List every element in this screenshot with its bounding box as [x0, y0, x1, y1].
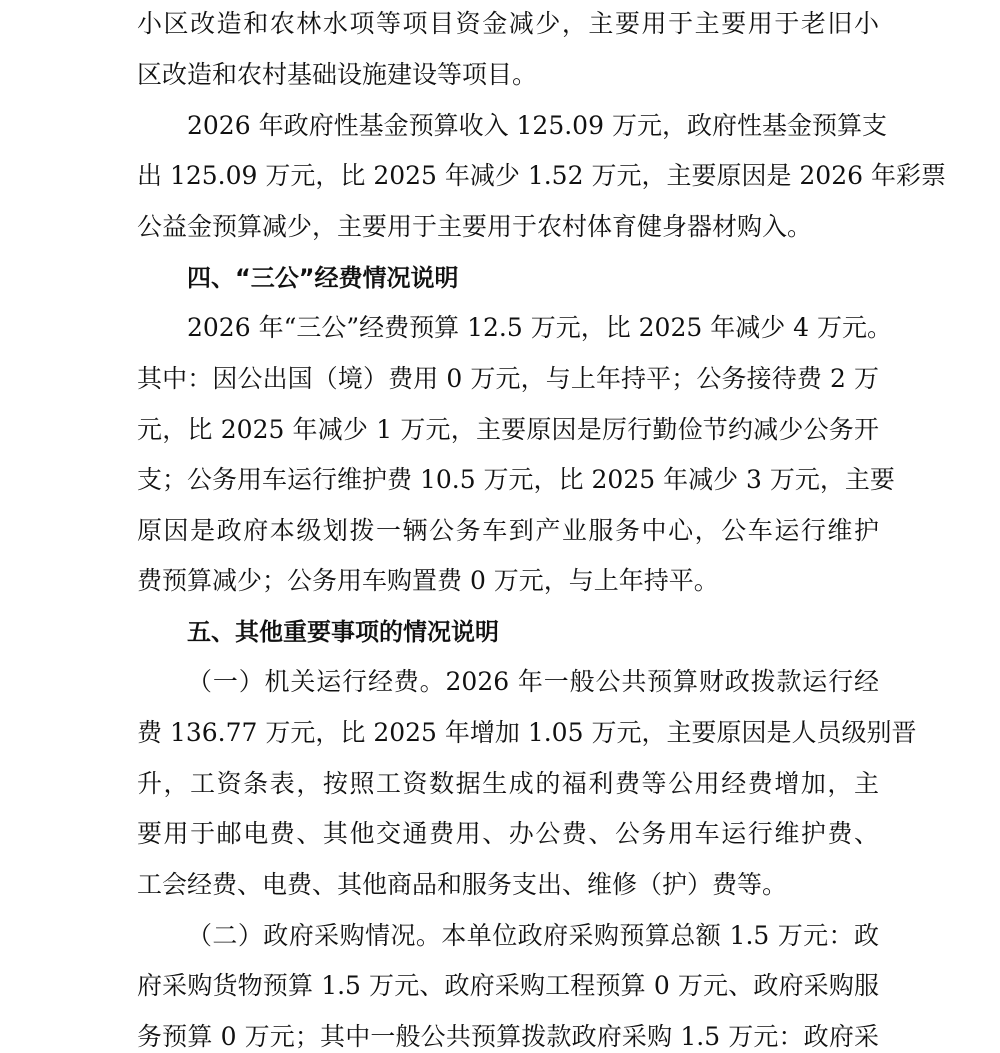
text-line: 费 136.77 万元，比 2025 年增加 1.05 万元，主要原因是人员级别… [137, 713, 879, 753]
text-line: （一）机关运行经费。2026 年一般公共预算财政拨款运行经 [187, 662, 879, 702]
text-line: 出 125.09 万元，比 2025 年减少 1.52 万元，主要原因是 202… [137, 156, 879, 196]
text-line: 要用于邮电费、其他交通费用、办公费、公务用车运行维护费、 [137, 814, 879, 854]
text-line: 府采购货物预算 1.5 万元、政府采购工程预算 0 万元、政府采购服 [137, 966, 879, 1006]
text-line: 务预算 0 万元；其中一般公共预算拨款政府采购 1.5 万元：政府采 [137, 1017, 879, 1053]
text-line: 升，工资条表，按照工资数据生成的福利费等公用经费增加，主 [137, 764, 879, 804]
section-heading-five: 五、其他重要事项的情况说明 [187, 612, 499, 652]
text-line: 2026 年“三公”经费预算 12.5 万元，比 2025 年减少 4 万元。 [187, 308, 879, 348]
text-line: 其中：因公出国（境）费用 0 万元，与上年持平；公务接待费 2 万 [137, 359, 879, 399]
text-line: 元，比 2025 年减少 1 万元，主要原因是厉行勤俭节约减少公务开 [137, 410, 879, 450]
text-line: 支；公务用车运行维护费 10.5 万元，比 2025 年减少 3 万元，主要 [137, 460, 879, 500]
text-line: 工会经费、电费、其他商品和服务支出、维修（护）费等。 [137, 865, 879, 905]
text-line: 公益金预算减少，主要用于主要用于农村体育健身器材购入。 [137, 207, 879, 247]
section-heading-four: 四、“三公”经费情况说明 [187, 258, 459, 298]
text-line: 区改造和农村基础设施建设等项目。 [137, 55, 879, 95]
text-line: 2026 年政府性基金预算收入 125.09 万元，政府性基金预算支 [187, 106, 879, 146]
text-line: 原因是政府本级划拨一辆公务车到产业服务中心，公车运行维护 [137, 511, 879, 551]
text-line: 小区改造和农林水项等项目资金减少，主要用于主要用于老旧小 [137, 4, 879, 44]
text-line: 费预算减少；公务用车购置费 0 万元，与上年持平。 [137, 561, 879, 601]
text-line: （二）政府采购情况。本单位政府采购预算总额 1.5 万元：政 [187, 916, 879, 956]
